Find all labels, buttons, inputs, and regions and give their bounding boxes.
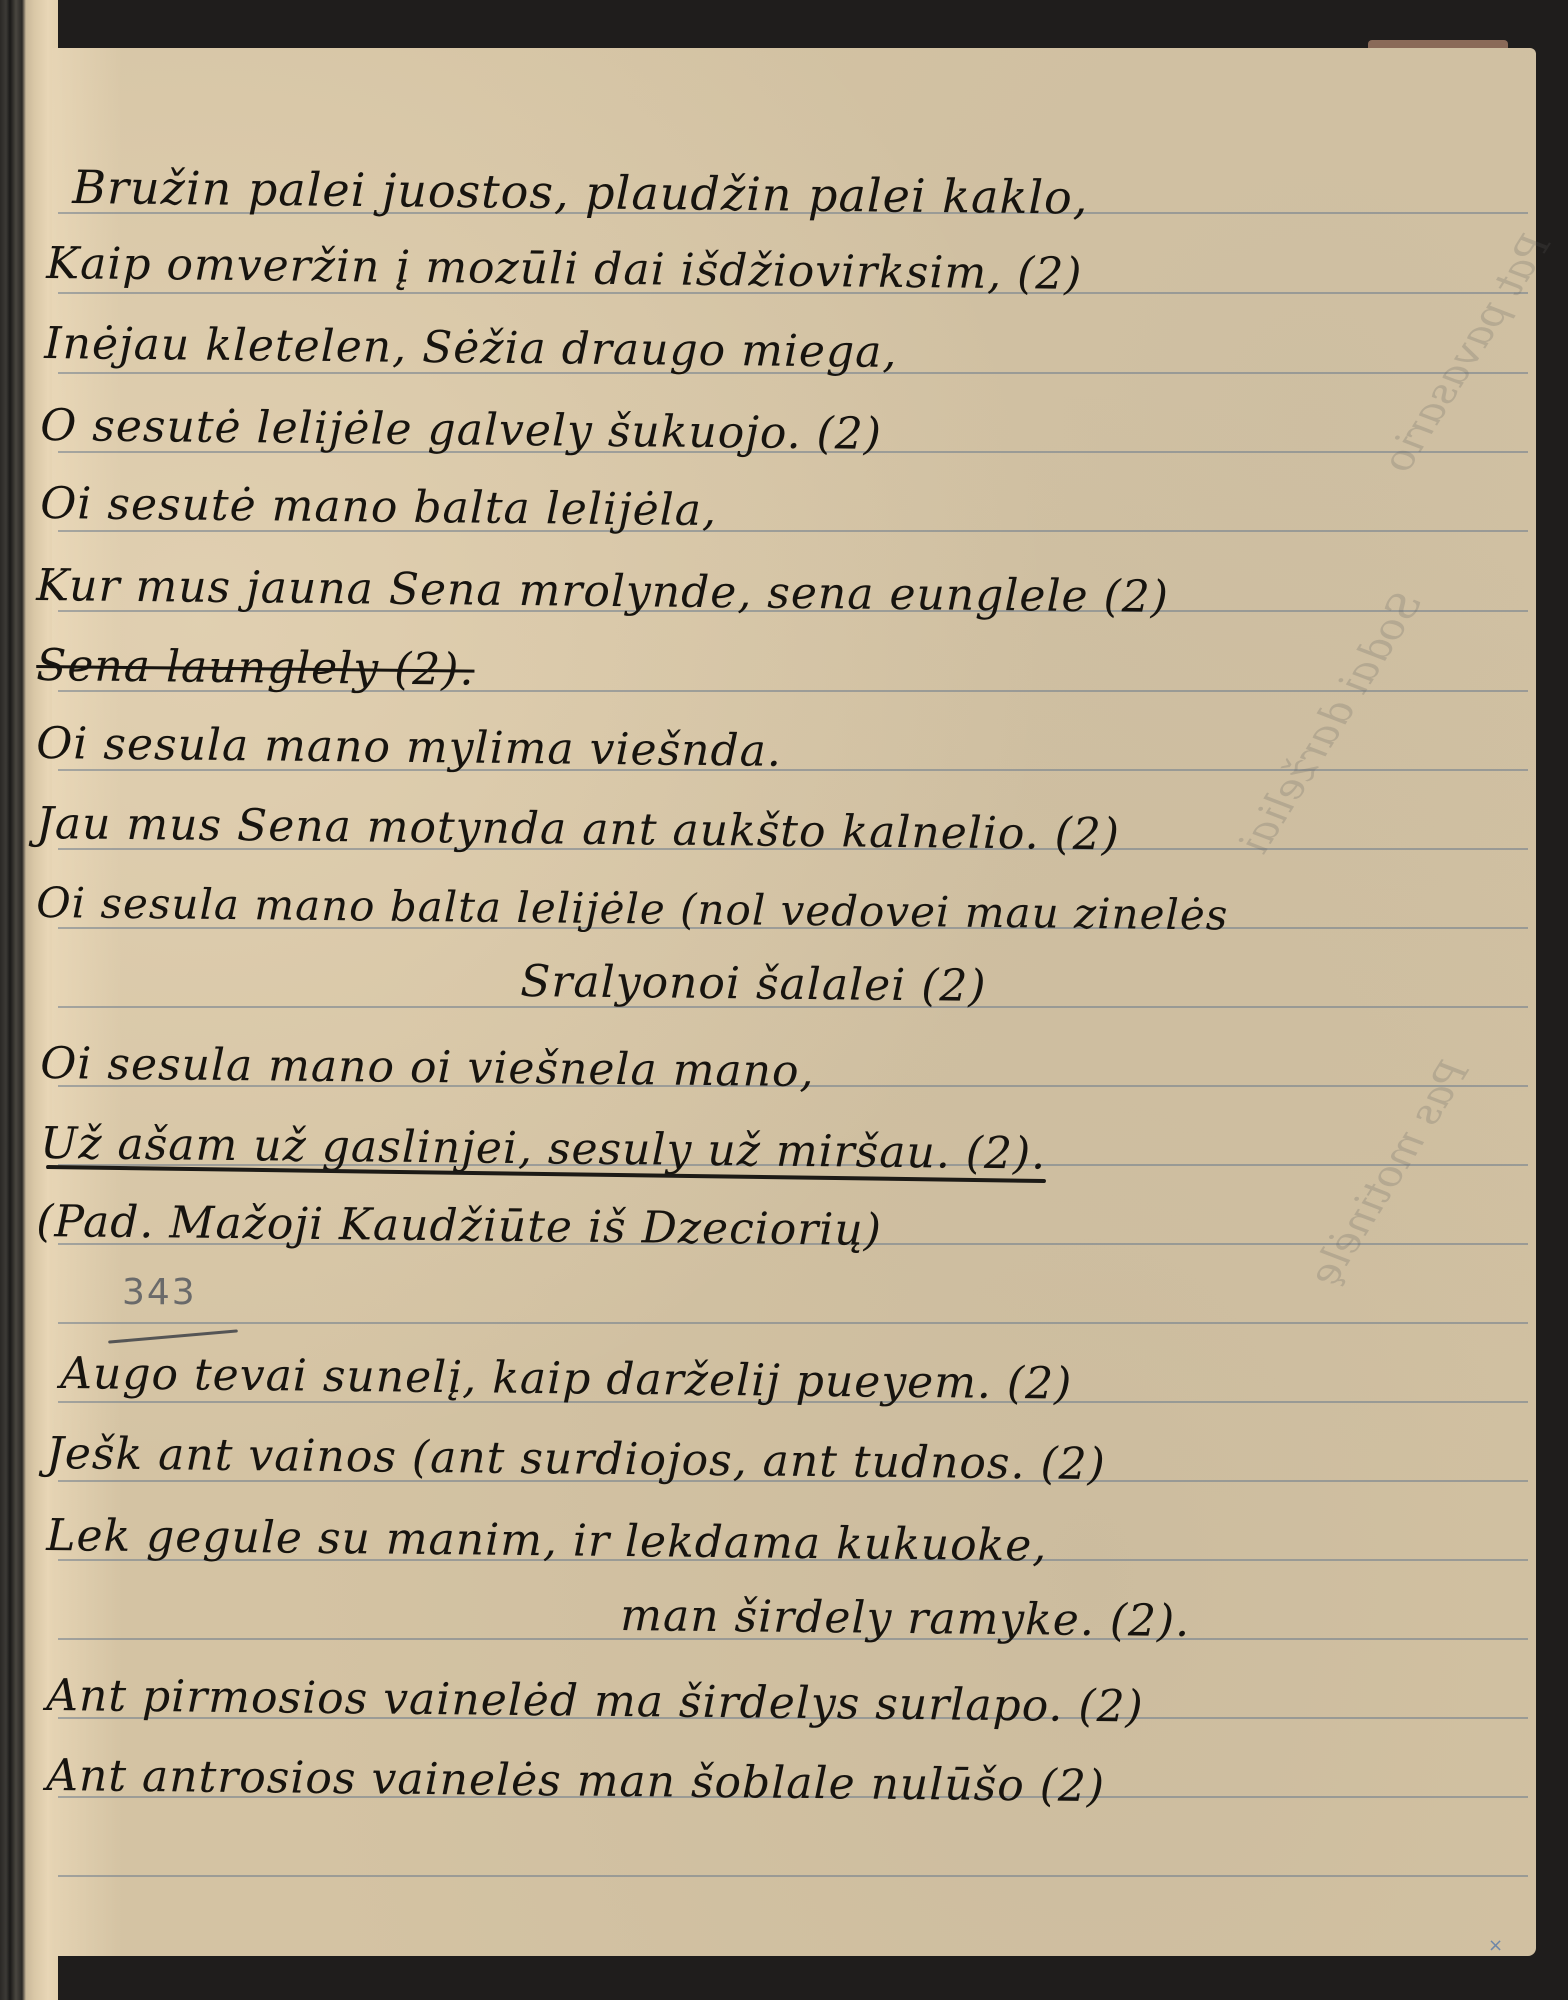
manuscript-line: Augo tevai sunelį, kaip darželij pueyem.…	[60, 1348, 1073, 1410]
manuscript-line: O sesutė lelijėle galvely šukuojo. (2)	[40, 400, 882, 460]
manuscript-line: Oi sesula mano mylima viešnda.	[36, 718, 782, 777]
manuscript-line: man širdely ramyke. (2).	[620, 1590, 1190, 1647]
manuscript-line: Inėjau kletelen, Sėžia draugo miega,	[44, 318, 898, 378]
manuscript-line: Lek gegule su manim, ir lekdama kukuoke,	[46, 1510, 1048, 1571]
manuscript-line: Oi sesutė mano balta lelijėla,	[40, 478, 717, 536]
manuscript-line: Bružin palei juostos, plaudžin palei kak…	[72, 160, 1089, 225]
ruled-line	[58, 1875, 1528, 1877]
struck-manuscript-line: Sena launglely (2).	[36, 640, 475, 696]
manuscript-line: Oi sesula mano oi viešnela mano,	[40, 1038, 815, 1097]
manuscript-line-attribution: (Pad. Mažoji Kaudžiūte iš Dzeciorių)	[36, 1196, 882, 1256]
manuscript-line: Sralyonoi šalalei (2)	[520, 956, 987, 1012]
margin-note-number: 343	[122, 1272, 197, 1313]
corner-stamp-mark: ×	[1488, 1935, 1502, 1955]
ruled-line	[58, 1322, 1528, 1324]
manuscript-line: Kaip omveržin į mozūli dai išdžiovirksim…	[46, 238, 1083, 300]
